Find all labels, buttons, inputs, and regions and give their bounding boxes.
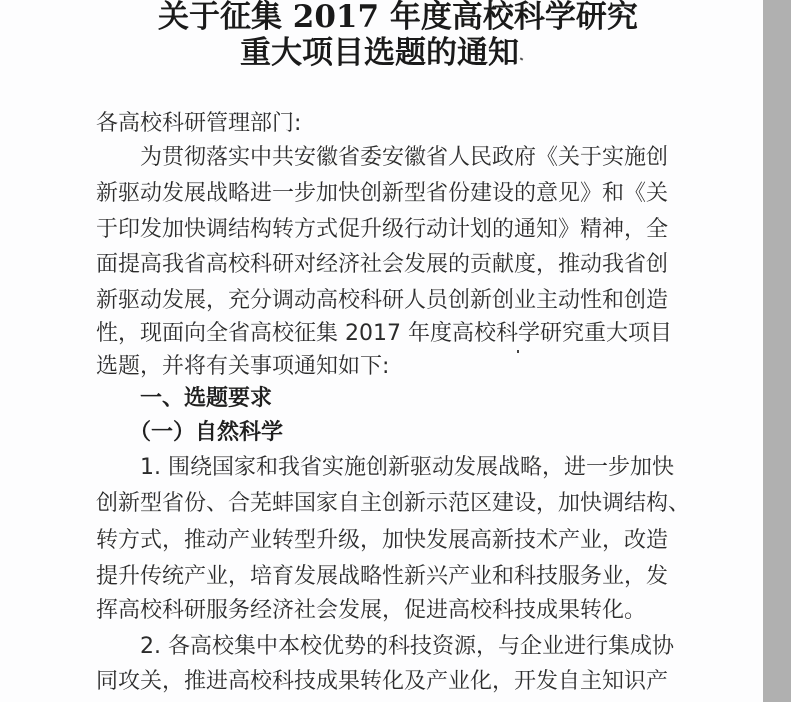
body-line: 选题，并将有关事项通知如下: [96,354,389,380]
body-line: 新驱动发展战略进一步加快创新型省份建设的意见》和《关 [96,181,668,207]
item-line: 转方式，推动产业转型升级，加快发展高新技术产业，改造 [96,528,668,554]
body-line: 于印发加快调结构转方式促升级行动计划的通知》精神，全 [96,217,668,243]
scan-artifact-mark [520,57,524,60]
body-line: 性，现面向全省高校征集 2017 年度高校科学研究重大项目 [96,321,672,347]
item-line: 1. 围绕国家和我省实施创新驱动发展战略，进一步加快 [96,455,674,481]
salutation: 各高校科研管理部门: [96,111,301,137]
item-line: 挥高校科研服务经济社会发展，促进高校科技成果转化。 [96,598,646,624]
document-title-line-1: 关于征集 2017 年度高校科学研究 [158,0,638,34]
document-page: 关于征集 2017 年度高校科学研究 重大项目选题的通知 各高校科研管理部门: … [0,0,763,702]
item-line: 同攻关，推进高校科技成果转化及产业化，开发自主知识产 [96,669,668,695]
side-margin [763,0,791,702]
subsection-heading: （一）自然科学 [96,420,283,446]
item-line: 提升传统产业，培育发展战略性新兴产业和科技服务业，发 [96,564,668,590]
body-line: 面提高我省高校科研对经济社会发展的贡献度，推动我省创 [96,252,668,278]
body-line: 为贯彻落实中共安徽省委安徽省人民政府《关于实施创 [96,145,668,171]
document-title-line-2: 重大项目选题的通知 [240,36,519,70]
item-line: 创新型省份、合芜蚌国家自主创新示范区建设，加快调结构、 [96,491,690,517]
scan-artifact-dot [517,350,519,353]
section-heading: 一、选题要求 [96,386,272,412]
body-line: 新驱动发展，充分调动高校科研人员创新创业主动性和创造 [96,288,668,314]
item-line: 2. 各高校集中本校优势的科技资源，与企业进行集成协 [96,634,674,660]
